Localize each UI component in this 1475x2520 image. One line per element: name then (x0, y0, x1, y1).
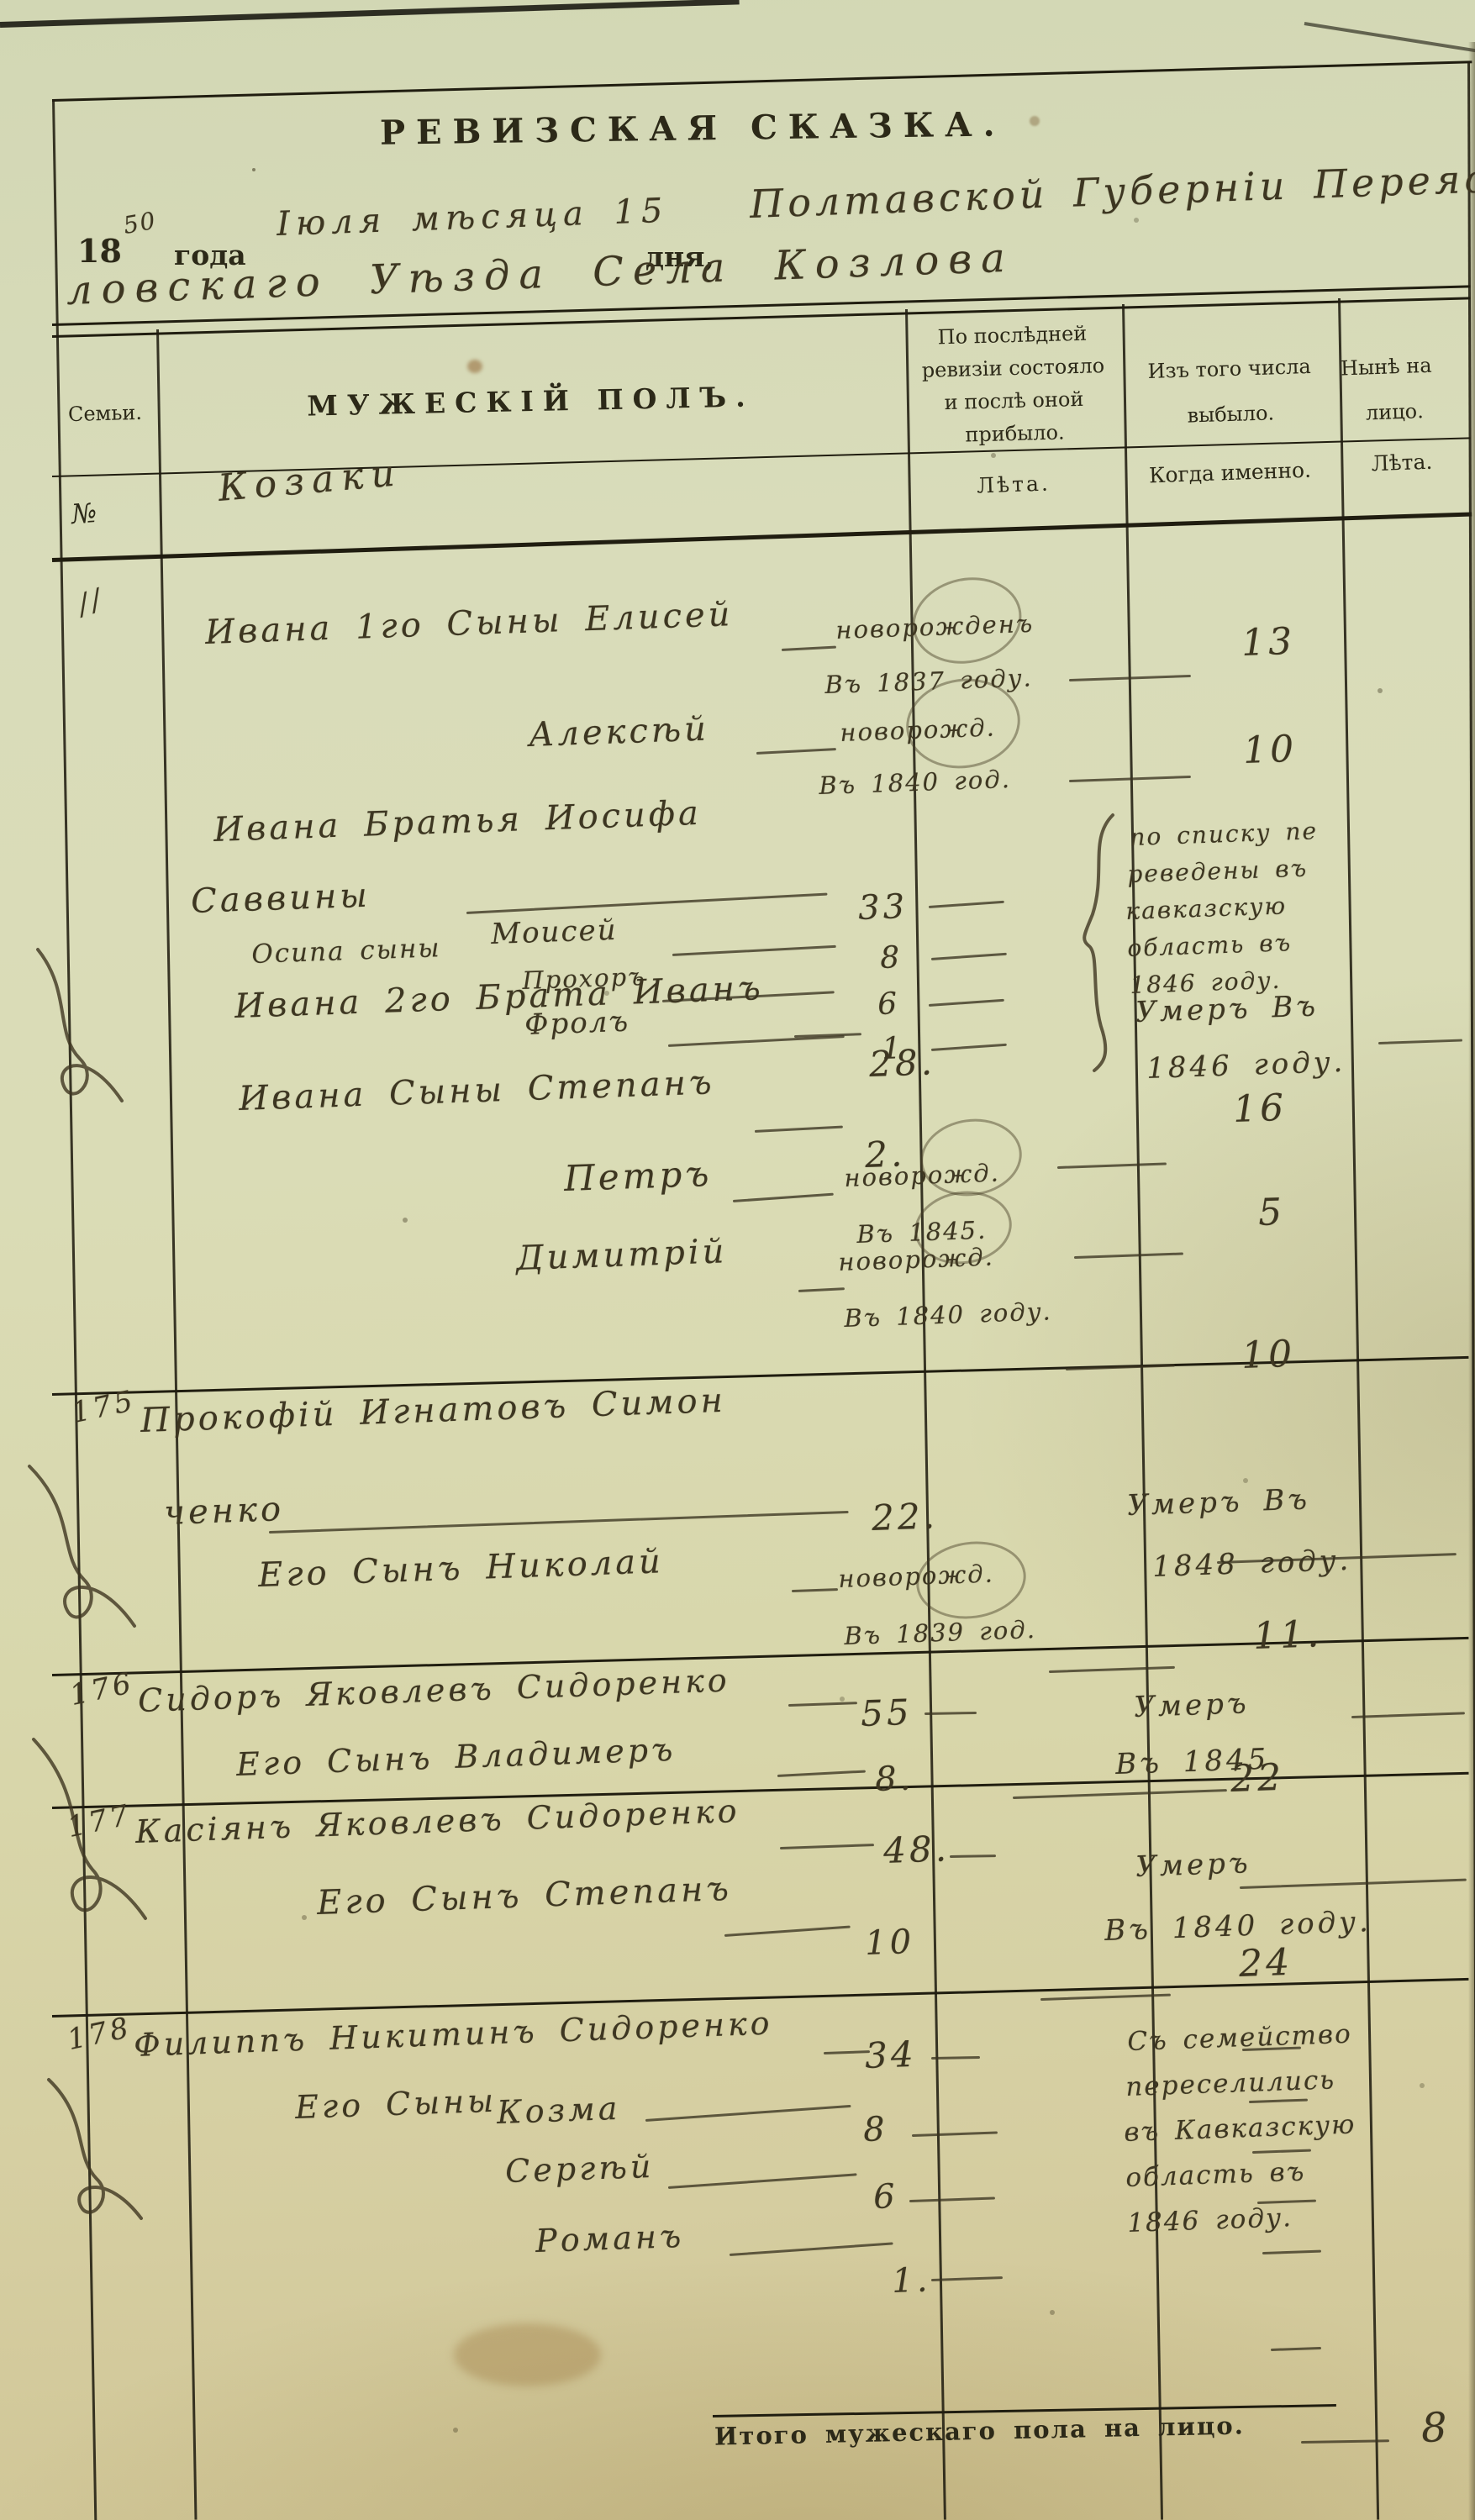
ink-dash (950, 1854, 996, 1858)
entry-prev-age: 8. (874, 1759, 914, 1799)
entry-name: Его Сынъ Степанъ (316, 1870, 732, 1923)
entry-prev-age: Въ 1840 году. (844, 1297, 1052, 1333)
entry-now-age: 13 (1241, 620, 1296, 665)
paper-specks (252, 168, 255, 171)
entry-name: Ивана Сыны Степанъ (238, 1063, 715, 1118)
margin-flourish (34, 2071, 160, 2248)
ink-dash (780, 1844, 874, 1849)
entry-now-age: 10 (1242, 728, 1298, 772)
entry-prev-age: 1. (891, 2260, 931, 2301)
entry-out-note: Умеръ Въ (1135, 989, 1320, 1029)
ink-dash (668, 1035, 845, 1047)
col-header-now-l1: Нынѣ на (1340, 340, 1475, 392)
col-header-out-l2: выбыло. (1122, 388, 1340, 440)
entry-out-note: область въ (1125, 2157, 1306, 2193)
entry-out-note: кавказскую (1125, 892, 1288, 925)
entry-name: Ивана 2го Брата Иванъ (234, 969, 764, 1026)
date-month-handwritten: Іюля мѣсяца 15 (276, 192, 669, 244)
col-header-prev-l3: и послѣ оной (905, 382, 1123, 421)
ink-dash (931, 1044, 1007, 1051)
col-header-prev-l1: По послѣдней (903, 317, 1121, 355)
entry-name: Козма (496, 2090, 621, 2131)
entry-out-note: переселились (1125, 2065, 1336, 2102)
entry-out-note: Умеръ (1135, 1846, 1252, 1884)
entry-prev-age: 28. (868, 1041, 935, 1085)
col-header-now-l2: лицо. (1341, 386, 1475, 437)
col-header-family: Семьи. (54, 400, 157, 426)
family-no: 175 (69, 1384, 140, 1430)
ink-dash (1074, 1252, 1183, 1259)
ink-dash (929, 999, 1004, 1007)
entry-prev-age: 55 (860, 1691, 913, 1734)
ink-dash (269, 1511, 849, 1534)
entry-out-note: реведены въ (1127, 855, 1309, 888)
ink-dash (668, 2173, 857, 2189)
subheader-now: Лѣта. (1338, 448, 1467, 476)
ink-dash (733, 1193, 834, 1202)
entry-name: Его Сынъ Николай (257, 1542, 664, 1595)
entry-name: Филиппъ Никитинъ Сидоренко (133, 2004, 773, 2064)
entry-prev-age: 8 (862, 2110, 888, 2149)
margin-flourish (21, 941, 147, 1143)
ink-brace (1077, 813, 1128, 1074)
entry-name: Димитрій (515, 1232, 728, 1278)
entry-out-note: 1846 году. (1127, 2202, 1293, 2239)
entry-now-age: 11. (1252, 1612, 1323, 1658)
entry-name: Петръ (563, 1153, 713, 1199)
paper-stain (1030, 116, 1040, 126)
entry-now-age: 5 (1257, 1191, 1286, 1234)
date-year-handwritten: 50 (121, 207, 159, 239)
ink-dash (792, 1588, 838, 1592)
page-corner-crease (1304, 22, 1475, 54)
entry-prev-age: 34 (864, 2033, 917, 2076)
entry-name: Его Сыны (294, 2082, 497, 2126)
family-no: 178 (65, 2011, 135, 2057)
ink-dash (1049, 1666, 1175, 1673)
ink-dash (1252, 2149, 1311, 2154)
footer-total-value: 8 (1420, 2404, 1451, 2452)
col-header-prev: По послѣдней ревизіи состояло и послѣ он… (903, 317, 1124, 454)
ink-dash (724, 1926, 851, 1937)
entry-prev-age: 8 (880, 940, 903, 976)
entry-out-note: Съ семейство (1127, 2019, 1353, 2057)
entry-out-note: область въ (1127, 929, 1293, 962)
col-header-prev-l2: ревизіи состояло (904, 350, 1122, 388)
ink-dash (931, 953, 1007, 960)
ink-dash (1013, 1789, 1227, 1799)
entry-now-age: 24 (1238, 1941, 1293, 1986)
entry-out-note: Умеръ Въ (1127, 1482, 1311, 1523)
ink-dash (1351, 1712, 1465, 1718)
ink-dash (756, 748, 836, 755)
date-year-prefix: 18 (77, 232, 122, 270)
entry-name: Ивана Братья Иосифа (213, 794, 702, 850)
entry-prev-age: 10 (864, 1923, 914, 1963)
footer-total-label: Итого мужескаго пола на лицо. (714, 2411, 1245, 2450)
page-title: РЕВИЗСКАЯ СКАЗКА. (380, 105, 948, 152)
entry-out-note: Въ 1840 году. (1104, 1905, 1372, 1948)
entry-prev-age: 33 (857, 887, 908, 928)
entry-name: Его Сынъ Владимеръ (235, 1731, 677, 1783)
ink-dash (1249, 2099, 1308, 2103)
subheader-no: № (71, 497, 98, 530)
ink-dash (931, 2056, 980, 2060)
ink-dash (1240, 1879, 1467, 1889)
family-no-ditto: // (74, 581, 109, 622)
ink-dash (909, 2196, 995, 2202)
col-header-out-l1: Изъ того числа (1120, 343, 1338, 395)
ink-dash (645, 2105, 851, 2122)
subheader-bottom-rule (52, 512, 1472, 562)
ink-dash (1378, 1039, 1462, 1044)
frame-top-rule (52, 61, 1472, 102)
ink-dash (1057, 1162, 1167, 1169)
entry-prev-age: 22. (871, 1495, 938, 1539)
ink-dash (824, 2050, 870, 2054)
entry-name: Алексѣй (528, 710, 709, 755)
page-top-edge (0, 0, 740, 28)
entry-name: ченко (163, 1490, 284, 1533)
subheader-out: Когда именно. (1122, 457, 1339, 489)
col-line-now (1338, 298, 1379, 2520)
entry-name: Романъ (535, 2217, 684, 2260)
entry-name: Ивана 1го Сыны Елисей (204, 595, 734, 652)
ink-dash (777, 1770, 866, 1777)
entry-out-note: 1848 году. (1152, 1544, 1352, 1584)
col-header-now: Нынѣ на лицо. (1340, 340, 1475, 437)
ink-dash (798, 1287, 845, 1292)
ink-dash (755, 1126, 843, 1133)
entry-now-age: 16 (1232, 1086, 1288, 1131)
entry-name: Саввины (190, 876, 371, 921)
ink-dash (788, 1702, 857, 1707)
ink-dash (466, 892, 828, 914)
subheader-prev: Лѣта. (905, 469, 1123, 501)
paper-stain (454, 2323, 601, 2386)
entry-out-note: 1846 году. (1146, 1045, 1346, 1086)
subheader-section: Козаки (217, 451, 404, 510)
ink-dash (782, 646, 836, 651)
revision-list-scan: РЕВИЗСКАЯ СКАЗКА. 18 50 года Іюля мѣсяца… (0, 0, 1475, 2520)
entry-out-note: по списку пе (1130, 817, 1319, 851)
entry-prev-age: Въ 1840 год. (819, 765, 1012, 800)
ink-flourish-loop (904, 567, 1030, 673)
paper-stain (467, 360, 482, 373)
entry-now-age: 10 (1241, 1333, 1296, 1377)
ink-dash (730, 2242, 893, 2256)
entry-prev-age: 6 (877, 986, 901, 1022)
ink-dash (925, 1712, 977, 1715)
entry-prev-age: 48. (882, 1828, 950, 1871)
entry-now-age: 22 (1230, 1756, 1285, 1801)
col-header-males: МУЖЕСКІЙ ПОЛЪ. (156, 377, 906, 426)
entry-name: Сергѣй (504, 2148, 655, 2190)
entry-prev-age: Въ 1839 год. (844, 1615, 1037, 1650)
ink-dash (1262, 2250, 1321, 2254)
place-handwritten-line1: Полтавской Губерніи Переяс (749, 155, 1475, 227)
entry-name: Касіянъ Яковлевъ Сидоренко (134, 1792, 740, 1850)
entry-out-note: Умеръ (1134, 1686, 1251, 1724)
entry-name: Моисей (491, 913, 619, 951)
col-header-out: Изъ того числа выбыло. (1120, 343, 1339, 440)
col-header-prev-l4: прибыло. (906, 415, 1124, 454)
entry-out-note: въ Кавказскую (1124, 2109, 1356, 2148)
margin-flourish (17, 1454, 151, 1664)
entry-prev-age: 6 (872, 2177, 898, 2217)
margin-flourish (21, 1727, 155, 1962)
ink-dash (912, 2131, 998, 2137)
ink-dash (672, 945, 836, 956)
ink-dash (1271, 2347, 1321, 2351)
entry-name: Осипа сыны (251, 933, 441, 970)
ink-dash (929, 901, 1004, 908)
